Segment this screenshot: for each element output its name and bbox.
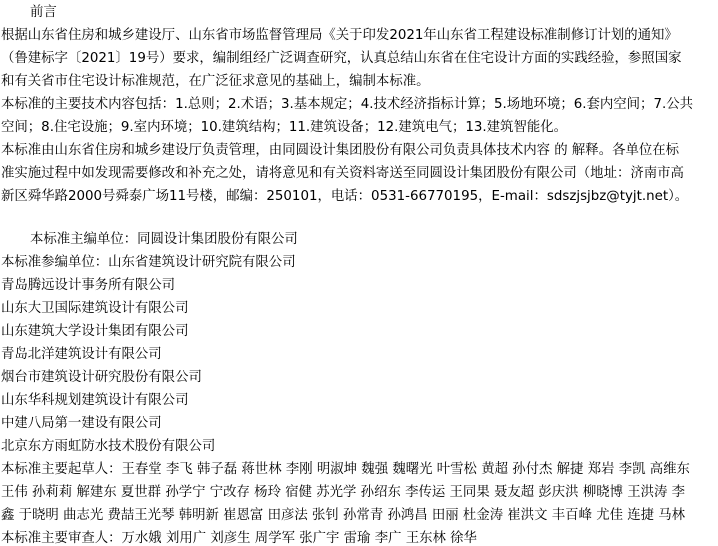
chief-editor-unit: 本标准主编单位：同圆设计集团股份有限公司: [1, 228, 717, 251]
drafters-line: 本标准主要起草人：王春堂 李飞 韩子磊 蒋世林 李刚 明淑坤 魏强 魏曙光 叶雪…: [1, 458, 717, 481]
intro-line: （鲁建标字〔2021〕19号）要求，编制组经广泛调查研究，认真总结山东省在住宅设…: [1, 47, 717, 70]
contents-line: 空间；8.住宅设施；9.室内环境；10.建筑结构；11.建筑设备；12.建筑电气…: [1, 116, 717, 139]
blank-line: [1, 208, 717, 228]
drafters-line: 鑫 于晓明 曲志光 费喆王光琴 韩明新 崔恩富 田彦法 张钊 孙常青 孙鸿昌 田…: [1, 504, 717, 527]
reviewers-line: 本标准主要审查人：万水娥 刘用广 刘彦生 周学军 张广宇 雷瑜 李广 王东林 徐…: [1, 527, 717, 546]
participating-unit: 中建八局第一建设有限公司: [1, 412, 717, 435]
intro-line: 根据山东省住房和城乡建设厅、山东省市场监督管理局《关于印发2021年山东省工程建…: [1, 24, 717, 47]
participating-units-list: 青岛腾远设计事务所有限公司 山东大卫国际建筑设计有限公司 山东建筑大学设计集团有…: [1, 274, 717, 458]
participating-unit: 山东建筑大学设计集团有限公司: [1, 320, 717, 343]
intro-line: 和有关省市住宅设计标准规范，在广泛征求意见的基础上，编制本标准。: [1, 70, 717, 93]
management-line: 准实施过程中如发现需要修改和补充之处，请将意见和有关资料寄送至同圆设计集团股份有…: [1, 162, 717, 185]
document-body: 前言 根据山东省住房和城乡建设厅、山东省市场监督管理局《关于印发2021年山东省…: [0, 0, 717, 546]
participating-unit: 青岛北洋建筑设计有限公司: [1, 343, 717, 366]
participating-unit: 烟台市建筑设计研究股份有限公司: [1, 366, 717, 389]
participating-unit: 山东华科规划建筑设计有限公司: [1, 389, 717, 412]
management-paragraph: 本标准由山东省住房和城乡建设厅负责管理，由同圆设计集团股份有限公司负责具体技术内…: [1, 139, 717, 208]
preface-heading: 前言: [1, 1, 717, 24]
management-line: 新区舜华路2000号舜泰广场11号楼，邮编：250101，电话：0531-667…: [1, 185, 717, 208]
participating-unit: 青岛腾远设计事务所有限公司: [1, 274, 717, 297]
drafters-paragraph: 本标准主要起草人：王春堂 李飞 韩子磊 蒋世林 李刚 明淑坤 魏强 魏曙光 叶雪…: [1, 458, 717, 527]
contents-line: 本标准的主要技术内容包括：1.总则；2.术语；3.基本规定；4.技术经济指标计算…: [1, 93, 717, 116]
contents-paragraph: 本标准的主要技术内容包括：1.总则；2.术语；3.基本规定；4.技术经济指标计算…: [1, 93, 717, 139]
participating-unit: 北京东方雨虹防水技术股份有限公司: [1, 435, 717, 458]
participating-units-label: 本标准参编单位：山东省建筑设计研究院有限公司: [1, 251, 717, 274]
participating-unit: 山东大卫国际建筑设计有限公司: [1, 297, 717, 320]
drafters-line: 王伟 孙莉莉 解建东 夏世群 孙学宁 宁改存 杨玲 宿健 苏光学 孙绍东 李传运…: [1, 481, 717, 504]
management-line: 本标准由山东省住房和城乡建设厅负责管理，由同圆设计集团股份有限公司负责具体技术内…: [1, 139, 717, 162]
intro-paragraph: 根据山东省住房和城乡建设厅、山东省市场监督管理局《关于印发2021年山东省工程建…: [1, 24, 717, 93]
